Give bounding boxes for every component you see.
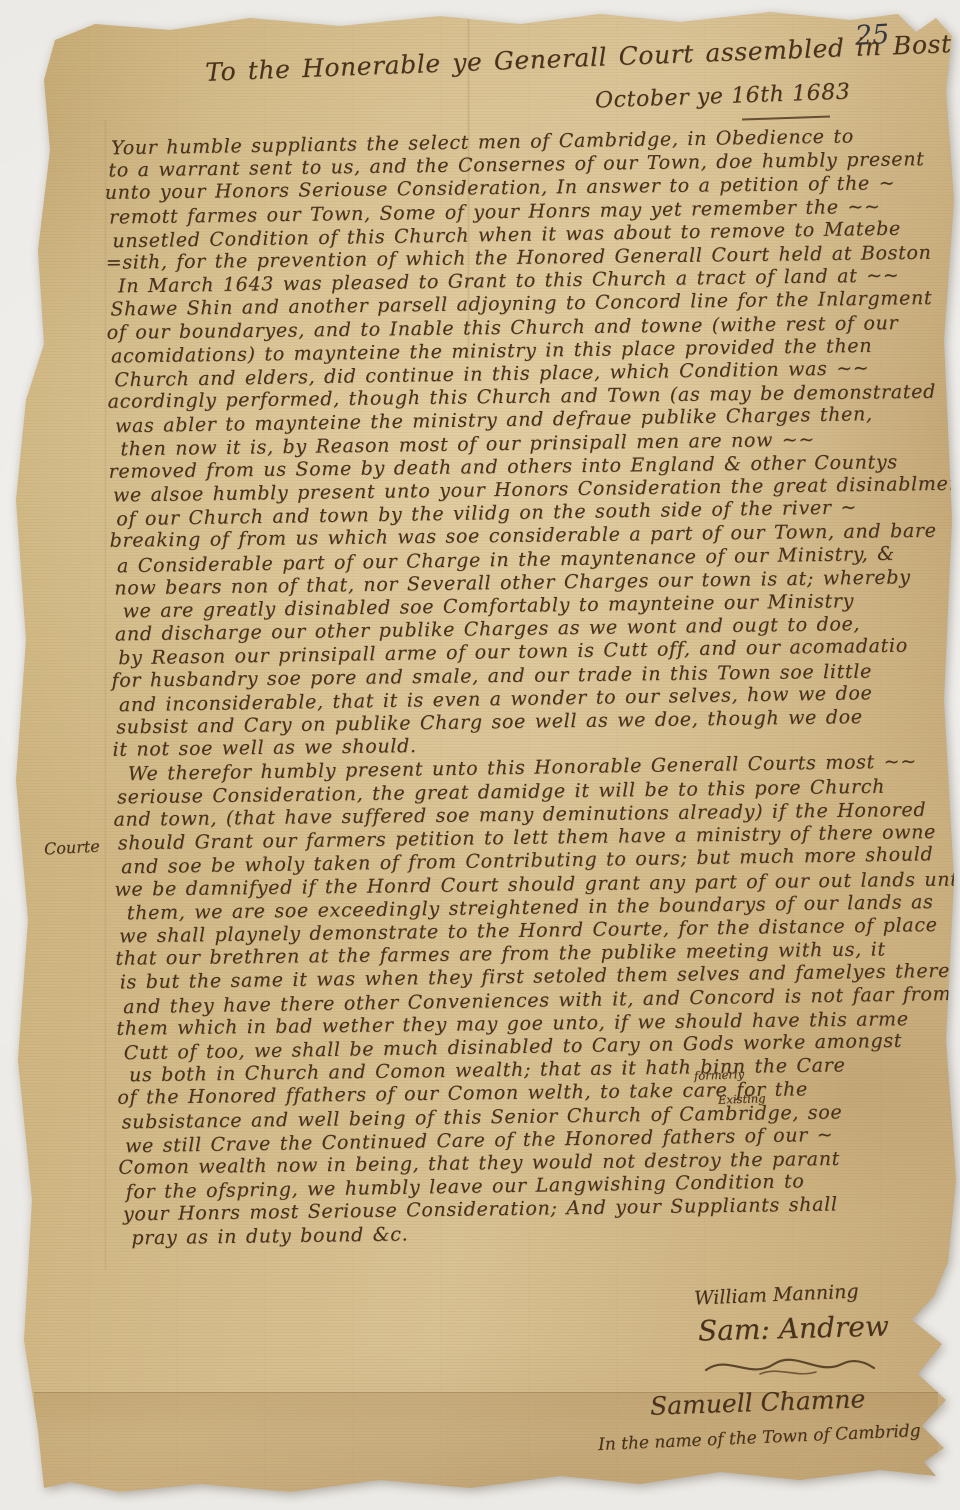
signature-sam-andrew: Sam: Andrew <box>698 1310 890 1348</box>
petition-body: Your humble suppliants the select men of… <box>0 125 960 1252</box>
date-line: October ye 16th 1683 <box>595 80 851 114</box>
scan-background: 25 To the Honerable ye Generall Court as… <box>0 0 960 1510</box>
interlinear-insertion-formerly: formerly <box>694 1067 745 1083</box>
margin-note: Courte <box>44 837 101 859</box>
paragraph-one: Your humble suppliants the select men of… <box>0 125 960 765</box>
signature-flourish <box>700 1350 880 1380</box>
address-line: To the Honerable ye Generall Court assem… <box>205 30 926 87</box>
manuscript-paper: 25 To the Honerable ye Generall Court as… <box>0 0 960 1510</box>
interlinear-insertion-existing: Existing <box>718 1091 766 1107</box>
paragraph-two: We therefor humbly present unto this Hon… <box>9 751 960 1252</box>
paper-sheet: 25 To the Honerable ye Generall Court as… <box>0 0 960 1510</box>
signature-william-manning: William Manning <box>694 1280 859 1309</box>
date-underline <box>742 115 830 120</box>
